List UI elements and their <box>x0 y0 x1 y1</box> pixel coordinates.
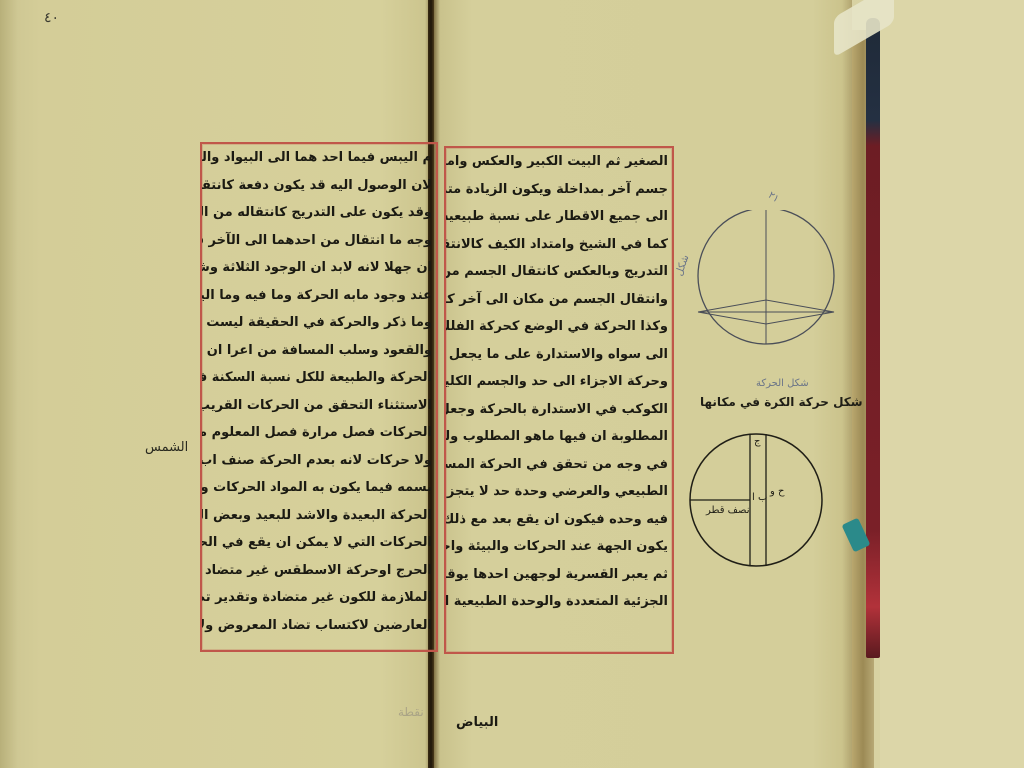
left-text-frame: م اليبس فيما احد هما الى البيواد والآخر … <box>200 142 438 652</box>
text-line: وقد يكون على التدريج كانتقاله من الخضرة … <box>202 199 436 227</box>
text-line: الاستثناء التحقق من الحركات القريب وما ب… <box>202 392 436 420</box>
catchword: البياض <box>456 715 498 730</box>
text-line: وما ذكر والحركة في الحقيقة ليست طرف الزم… <box>202 309 436 337</box>
text-line: وكذا الحركة في الوضع كحركة الفلك على مرك… <box>446 313 672 341</box>
table-surface <box>880 0 1024 768</box>
text-line: الحركات التي لا يمكن ان يقع في الحركة لا… <box>202 529 436 557</box>
text-line: عند وجود مابه الحركة وما فيه وما اليه وا… <box>202 282 436 310</box>
text-line: وجه ما انتقال من احدهما الى الآخر قد يكو… <box>202 227 436 255</box>
text-line: الملازمة للكون غير متضادة وتقدير تضاد وم… <box>202 584 436 612</box>
diagram-caption: شكل حركة الكرة في مكانها <box>700 395 863 409</box>
text-line: المطلوبة ان فيها ماهو المطلوب ولو بالحرك… <box>446 423 672 451</box>
text-line <box>446 616 672 644</box>
text-line: الحرج اوحركة الاسطقس غير متضاد وبين مع ت… <box>202 557 436 585</box>
text-line: كما في الشيخ وامتداد الكيف كالانتقال الى… <box>446 231 672 259</box>
text-line: فيه وحده فيكون ان يقع بعد مع ذلك يتحقق ب… <box>446 506 672 534</box>
text-line: الى جميع الاقطار على نسبة طبيعية كما يكو… <box>446 203 672 231</box>
pencil-label-lower: شكل الحركة <box>756 378 809 389</box>
label-top: ج <box>754 436 760 447</box>
text-line: الحركات فصل مرارة فصل المعلوم من في الكل… <box>202 419 436 447</box>
text-line: يكون الجهة عند الحركات والبيئة واحدا وال… <box>446 533 672 561</box>
upper-circle-diagram <box>690 210 840 370</box>
text-line: لان الوصول اليه قد يكون دفعة كانتقال الج… <box>202 172 436 200</box>
text-line: م اليبس فيما احد هما الى البيواد والآخر … <box>202 144 436 172</box>
text-line: وانتقال الجسم من مكان الى آخر كما في الج… <box>446 286 672 314</box>
bookmark-ribbon <box>866 18 880 658</box>
text-line: وحركة الاجزاء الى حد والجسم الكلية في ال… <box>446 368 672 396</box>
text-line: جسم آخر بمداخلة ويكون الزيادة متداخلة في… <box>446 176 672 204</box>
text-line: الطبيعي والعرضي وحدة حد لا يتجزأ اعادة ا… <box>446 478 672 506</box>
text-line: الحركة البعيدة والاشد للبعيد وبعض الصنفي… <box>202 502 436 530</box>
text-line: ولا حركات لانه بعدم الحركة صنف اب المقرب… <box>202 447 436 475</box>
text-line: الحركة والطبيعة للكل نسبة السكنة في الطب… <box>202 364 436 392</box>
text-line: بسمه فيما يكون به المواد الحركات ويكون ب… <box>202 474 436 502</box>
text-line: الجزئية المتعددة والوحدة الطبيعية انها ا… <box>446 588 672 616</box>
label-outer: ح و <box>770 486 784 497</box>
text-line: العارضين لاكتساب تضاد المعروض ولا التضاد… <box>202 612 436 640</box>
text-line: الكوكب في الاستدارة بالحركة وجعل الحرم ط… <box>446 396 672 424</box>
label-half-diameter: نصف قطر <box>706 505 750 516</box>
right-text-frame: الصغير ثم البيت الكبير والعكس واما النمو… <box>444 146 674 654</box>
label-inner: ب ا <box>752 492 767 503</box>
text-line: ثم يعبر القسرية لوجهين احدها يوقت الحركة… <box>446 561 672 589</box>
text-line: التدريج وبالعكس كانتقال الجسم من البياض … <box>446 258 672 286</box>
text-line: الى سواه والاستدارة على ما يجعل الجرم ال… <box>446 341 672 369</box>
faint-mark: نقطة <box>398 705 424 719</box>
text-line: ان جهلا لانه لابد ان الوجود الثلاثة وشاه… <box>202 254 436 282</box>
folio-number: ٤٠ <box>44 10 59 26</box>
margin-note: الشمس <box>145 440 188 455</box>
text-line: في وجه من تحقق في الحركة المستقيمة وضعه … <box>446 451 672 479</box>
text-line: والقعود وسلب المسافة من اعرا ان الحدود و… <box>202 337 436 365</box>
text-line: الصغير ثم البيت الكبير والعكس واما النمو… <box>446 148 672 176</box>
